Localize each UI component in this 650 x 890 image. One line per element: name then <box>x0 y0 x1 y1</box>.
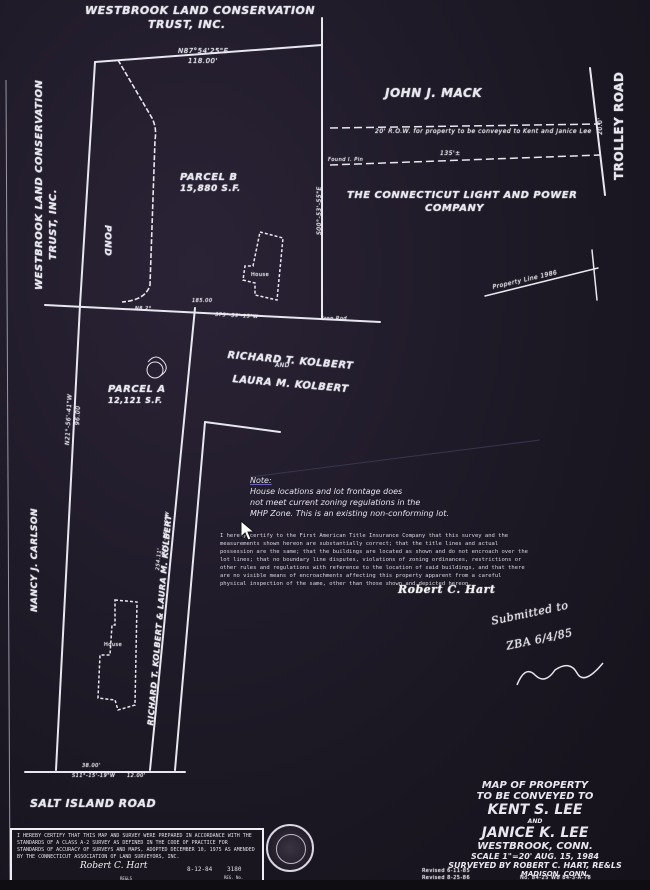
handwritten-signature-icon <box>515 655 605 690</box>
neighbor-top-line1: WESTBROOK LAND CONSERVATION <box>85 4 315 17</box>
mid-distance: 185.00 <box>192 298 213 304</box>
title-line2: TO BE CONVEYED TO <box>430 791 640 802</box>
neighbor-carlson: NANCY J. CARLSON <box>30 508 40 612</box>
road-trolley: TROLLEY ROAD <box>612 72 626 180</box>
title-line1: MAP OF PROPERTY <box>430 780 640 791</box>
title-line4: AND <box>430 818 640 825</box>
footer-reg: 3180 <box>227 866 241 873</box>
title-line6: WESTBROOK, CONN. <box>430 841 640 852</box>
bottom-distance-2: 12.00' <box>127 773 146 779</box>
parcel-a-area: 12,121 S.F. <box>108 396 163 405</box>
note-line-1: House locations and lot frontage does <box>250 486 480 497</box>
pond-label: POND <box>102 225 112 256</box>
row-note: 20' R.O.W. for property to be conveyed t… <box>375 128 605 136</box>
note-line-2: not meet current zoning regulations in t… <box>250 497 480 508</box>
neighbor-kolbert-and: AND <box>275 362 290 369</box>
surveyor-seal-icon <box>266 824 314 872</box>
east-distance: 20.0' <box>597 117 604 135</box>
neighbor-clp-line1: THE CONNECTICUT LIGHT AND POWER <box>347 190 577 201</box>
mid-line-angle: N8.2° <box>135 306 152 312</box>
top-distance: 118.00' <box>188 57 218 65</box>
footer-date: 8-12-84 <box>187 866 212 873</box>
title-block: MAP OF PROPERTY TO BE CONVEYED TO KENT S… <box>430 780 640 878</box>
neighbor-top-line2: TRUST, INC. <box>148 18 226 31</box>
title-line3: KENT S. LEE <box>430 802 640 818</box>
cert-signature: Robert C. Hart <box>398 583 496 596</box>
parcel-a-name: PARCEL A <box>108 384 166 395</box>
left-distance: 96.00 <box>74 405 82 425</box>
house-upper-label: House <box>251 272 269 278</box>
top-bearing: N87°54'25"E <box>178 47 229 55</box>
neighbor-clp-line2: COMPANY <box>425 203 484 214</box>
revised-1: Revised 6-11-85 <box>422 868 470 874</box>
bound-found: Iron Rod <box>322 316 347 322</box>
neighbor-john-mack: JOHN J. MACK <box>385 86 482 100</box>
surveyor-certification-box: I HEREBY CERTIFY THAT THIS MAP AND SURVE… <box>10 828 264 882</box>
house-lower-label: House <box>104 642 122 648</box>
mouse-cursor-icon <box>240 520 256 542</box>
note-line-3: MHP Zone. This is an existing non-confor… <box>250 508 480 519</box>
parcel-b-name: PARCEL B <box>180 172 238 183</box>
road-salt-island: SALT ISLAND ROAD <box>30 797 156 810</box>
title-line5: JANICE K. LEE <box>430 825 640 841</box>
pipe-found: Found I. Pin <box>328 157 363 163</box>
title-line7: SCALE 1"=20' AUG. 15, 1984 <box>430 852 640 861</box>
footer-cert-text: I HEREBY CERTIFY THAT THIS MAP AND SURVE… <box>17 833 257 861</box>
survey-map-sheet: WESTBROOK LAND CONSERVATION TRUST, INC. … <box>0 0 650 890</box>
footer-signature: Robert C. Hart <box>80 863 147 870</box>
title-certification: I hereby certify to the First American T… <box>220 532 530 588</box>
neighbor-left-line1: WESTBROOK LAND CONSERVATION <box>34 80 45 290</box>
parcel-b-area: 15,880 S.F. <box>180 184 241 194</box>
bottom-distance: 38.00' <box>82 763 101 769</box>
row-distance: 135'± <box>440 150 461 157</box>
zoning-note: Note: House locations and lot frontage d… <box>250 475 480 519</box>
scan-bottom-edge <box>0 880 650 890</box>
note-title: Note: <box>250 475 480 486</box>
vertical-bearing: S00°-53'-55"E <box>316 186 323 235</box>
bottom-bearing: S11°-15'-19"W <box>72 773 116 779</box>
neighbor-left-line2: TRUST, INC. <box>48 189 59 260</box>
